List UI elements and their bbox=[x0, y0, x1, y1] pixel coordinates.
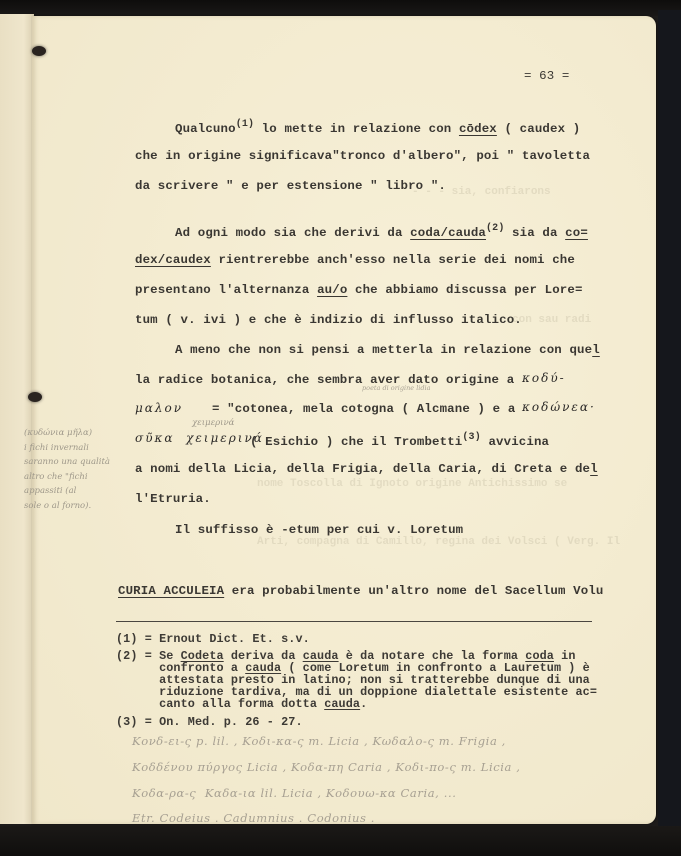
binding-hole-top bbox=[32, 46, 46, 56]
paragraph-1-line-1: Qualcuno(1) lo mette in relazione con cō… bbox=[175, 120, 580, 135]
margin-note: (κυδώνια μῆλα) i fichi invernali saranno… bbox=[24, 426, 124, 513]
page-number: = 63 = bbox=[524, 70, 570, 82]
paragraph-3-line-2: la radice botanica, che sembra aver dato… bbox=[135, 374, 514, 386]
footnote-separator bbox=[116, 621, 592, 622]
left-page-edge bbox=[0, 14, 34, 824]
footnote-1: (1) = Ernout Dict. Et. s.v. bbox=[116, 633, 310, 645]
footnote-2-line-5: canto alla forma dotta cauda. bbox=[116, 698, 367, 710]
handwritten-note-line-3: Κοδα-ρα-ς Καδα-ια lil. Licia , Κοδουω-κα… bbox=[132, 786, 456, 800]
paragraph-5: CURIA ACCULEIA era probabilmente un'altr… bbox=[118, 585, 603, 597]
paragraph-2-line-3: presentano l'alternanza au/o che abbiamo… bbox=[135, 284, 583, 296]
greek-word-handwritten: σῦκα χειμερινά bbox=[135, 431, 264, 445]
paragraph-3-line-6: l'Etruria. bbox=[135, 493, 211, 505]
pencil-annotation-alcmane: poeta di origine lidia bbox=[362, 384, 431, 392]
greek-word-handwritten: κοδύ- bbox=[522, 371, 566, 385]
paragraph-2-line-1: Ad ogni modo sia che derivi da coda/caud… bbox=[175, 224, 588, 239]
scanner-bottom-edge bbox=[0, 826, 681, 856]
bleed-through-text: Arti, compagna di Camillo, regina dei Vo… bbox=[257, 536, 620, 548]
paragraph-3-line-3: = "cotonea, mela cotogna ( Alcmane ) e a bbox=[212, 403, 515, 415]
paragraph-2-line-4: tum ( v. ivi ) e che è indizio di influs… bbox=[135, 314, 522, 326]
greek-word-handwritten: μαλον bbox=[135, 401, 183, 415]
paragraph-3-line-1: A meno che non si pensi a metterla in re… bbox=[175, 344, 600, 356]
paragraph-1-line-3: da scrivere " e per estensione " libro "… bbox=[135, 180, 446, 192]
paragraph-2-line-2: dex/caudex rientrerebbe anch'esso nella … bbox=[135, 254, 575, 266]
scanner-top-edge bbox=[0, 0, 681, 16]
bleed-through-text: con sau radi bbox=[512, 314, 591, 326]
bleed-through-text: nome Toscolla di Ignoto origine Antichis… bbox=[257, 478, 567, 490]
greek-word-handwritten: κοδώνεα· bbox=[522, 400, 596, 414]
document-page: - - - sia, confiarons con sau radi nome … bbox=[32, 16, 656, 824]
handwritten-note-line-4: Etr. Codeius . Cadumnius . Codonius . bbox=[132, 811, 375, 825]
scanner-right-edge bbox=[658, 10, 681, 856]
paragraph-4: Il suffisso è -etum per cui v. Loretum bbox=[175, 524, 463, 536]
paragraph-3-line-5: a nomi della Licia, della Frigia, della … bbox=[135, 463, 598, 475]
binding-hole-middle bbox=[28, 392, 42, 402]
handwritten-note-line-1: Κονδ-ει-ς p. lil. , Κοδι-κα-ς m. Licia ,… bbox=[132, 734, 506, 748]
handwritten-note-line-2: Κοδδένου πύργος Licia , Κοδα-πη Caria , … bbox=[132, 760, 521, 774]
paragraph-1-line-2: che in origine significava"tronco d'albe… bbox=[135, 150, 590, 162]
paragraph-3-line-4: ( Esichio ) che il Trombetti(3) avvicina bbox=[250, 433, 549, 448]
pencil-annotation-greek: χειμερινά bbox=[192, 418, 234, 428]
footnote-3: (3) = On. Med. p. 26 - 27. bbox=[116, 716, 303, 728]
